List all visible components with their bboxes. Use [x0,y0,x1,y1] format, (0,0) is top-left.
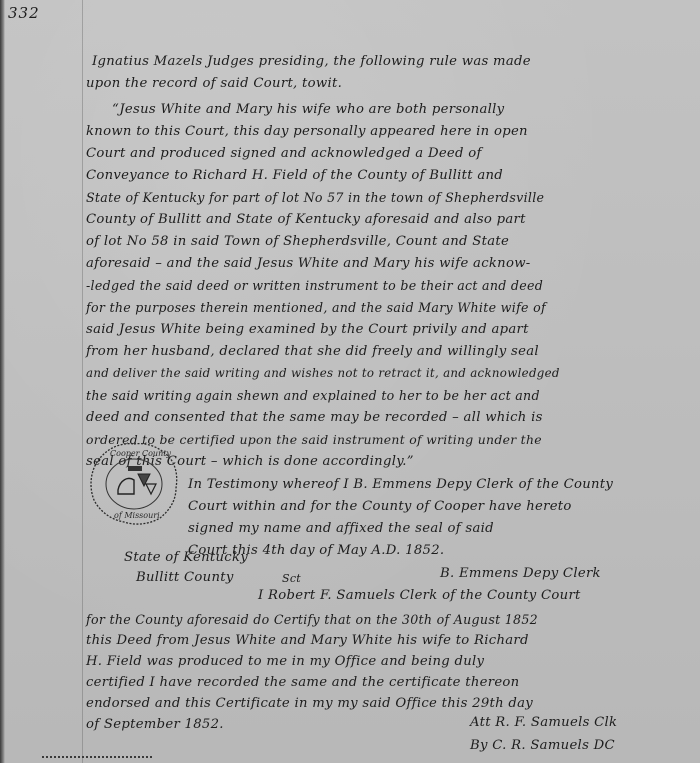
body-line: -ledged the said deed or written instrum… [86,278,543,293]
body-line: aforesaid – and the said Jesus White and… [86,256,531,271]
seal-icon: Cooper County of Missouri [88,440,180,526]
heading-state: State of Kentucky [124,550,248,565]
testimony-line: In Testimony whereof I B. Emmens Depy Cl… [188,477,613,492]
heading-sct: Sct [282,572,301,585]
body-line: State of Kentucky for part of lot No 57 … [86,190,544,205]
body-line: known to this Court, this day personally… [86,124,528,139]
signature-clerk-line2: By C. R. Samuels DC [470,738,615,753]
court-seal: Cooper County of Missouri [88,440,180,526]
body-line: and deliver the said writing and wishes … [86,366,560,380]
body-line: Ignatius Mazels Judges presiding, the fo… [92,54,531,69]
body-line: “Jesus White and Mary his wife who are b… [112,102,504,117]
body-line: for the purposes therein mentioned, and … [86,300,546,315]
body-line: County of Bullitt and State of Kentucky … [86,212,526,227]
body-line: Court and produced signed and acknowledg… [86,146,482,161]
testimony-line: signed my name and affixed the seal of s… [188,521,494,536]
body-line: upon the record of said Court, towit. [86,76,342,91]
heading-county: Bullitt County [136,570,234,585]
body-line: Conveyance to Richard H. Field of the Co… [86,168,503,183]
page-number: 332 [8,4,40,22]
certificate-line: I Robert F. Samuels Clerk of the County … [258,588,581,603]
testimony-line: Court within and for the County of Coope… [188,499,572,514]
signature-deputy-clerk: B. Emmens Depy Clerk [440,566,601,581]
certificate-line: endorsed and this Certificate in my my s… [86,696,533,711]
certificate-line: this Deed from Jesus White and Mary Whit… [86,633,529,648]
svg-text:Cooper County: Cooper County [110,449,171,458]
margin-line [82,0,83,763]
svg-text:of Missouri: of Missouri [114,511,160,520]
body-line: said Jesus White being examined by the C… [86,322,529,337]
signature-clerk-line1: Att R. F. Samuels Clk [470,715,617,730]
certificate-line: for the County aforesaid do Certify that… [86,612,538,627]
body-line: of lot No 58 in said Town of Shepherdsvi… [86,234,509,249]
certificate-line: of September 1852. [86,717,224,732]
body-line: from her husband, declared that she did … [86,344,539,359]
certificate-line: H. Field was produced to me in my Office… [86,654,484,669]
page-edge [0,0,5,763]
dotted-rule [42,756,152,760]
certificate-line: certified I have recorded the same and t… [86,675,519,690]
body-line: the said writing again shewn and explain… [86,388,540,403]
body-line: deed and consented that the same may be … [86,410,543,425]
document-page: 332 Ignatius Mazels Judges presiding, th… [0,0,700,763]
